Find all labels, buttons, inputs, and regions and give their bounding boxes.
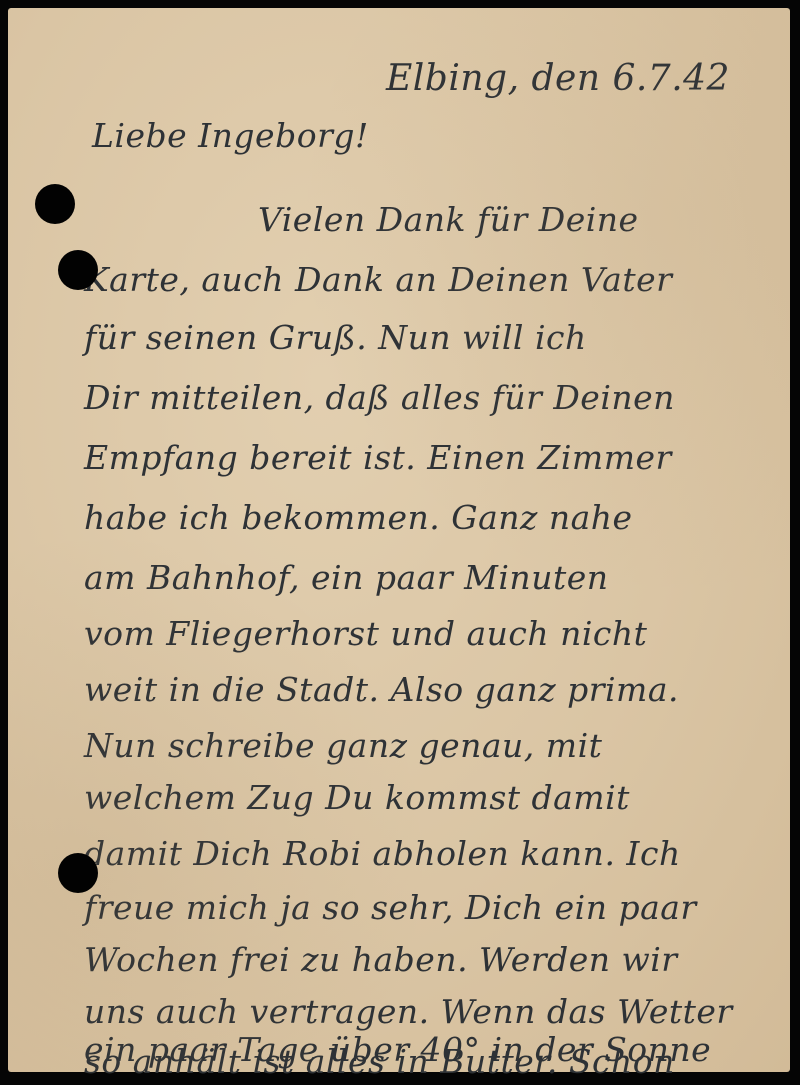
letter-line: am Bahnhof, ein paar Minuten — [84, 558, 609, 597]
letter-line: Vielen Dank für Deine — [258, 200, 639, 239]
letter-line: Dir mitteilen, daß alles für Deinen — [84, 378, 675, 417]
letter-line: ein paar Tage über 40° in der Sonne — [84, 1030, 711, 1069]
salutation: Liebe Ingeborg! — [92, 116, 369, 155]
letter-line: freue mich ja so sehr, Dich ein paar — [84, 888, 697, 927]
binder-hole — [35, 184, 75, 224]
binder-hole — [58, 250, 98, 290]
letter-line: Wochen frei zu haben. Werden wir — [84, 940, 678, 979]
letter-line: damit Dich Robi abholen kann. Ich — [84, 834, 681, 873]
letter-line: Karte, auch Dank an Deinen Vater — [84, 260, 672, 299]
letter-line: uns auch vertragen. Wenn das Wetter — [84, 992, 733, 1031]
letter-line: für seinen Gruß. Nun will ich — [84, 318, 587, 357]
letter-line: Nun schreibe ganz genau, mit — [84, 726, 602, 765]
place-date: Elbing, den 6.7.42 — [386, 58, 730, 99]
postcard: Elbing, den 6.7.42 Liebe Ingeborg! Viele… — [8, 8, 790, 1072]
letter-line: habe ich bekommen. Ganz nahe — [84, 498, 633, 537]
binder-hole — [58, 853, 98, 893]
letter-line: welchem Zug Du kommst damit — [84, 778, 630, 817]
letter-line: weit in die Stadt. Also ganz prima. — [84, 670, 679, 709]
letter-line: Empfang bereit ist. Einen Zimmer — [84, 438, 672, 477]
letter-line: vom Fliegerhorst und auch nicht — [84, 614, 647, 653]
